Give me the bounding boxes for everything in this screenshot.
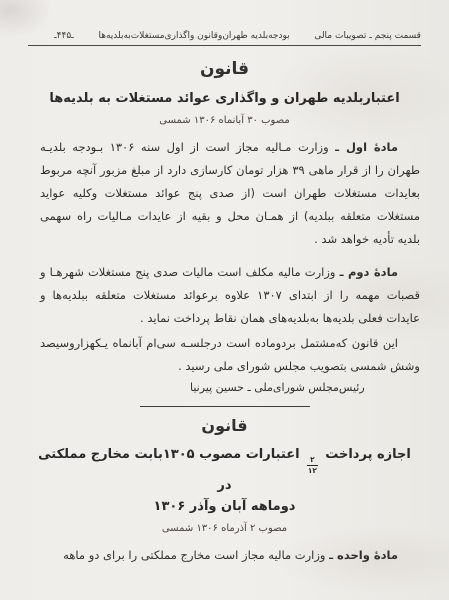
law1-article-2-lead: مادۀ دوم ـ <box>340 265 398 279</box>
law1-approval-date: مصوب ۳۰ آبانماه ۱۳۰۶ شمسی <box>0 115 449 126</box>
law2-title-line2: دوماهه آبان وآذر ۱۳۰۶ <box>154 499 296 514</box>
law1-ratification-note: این قانون که‌مشتمل بردوماده است درجلسـه … <box>40 332 420 378</box>
law1-article-2: مادۀ دوم ـ وزارت مالیه مکلف است مالیات ص… <box>40 261 420 330</box>
document-page: قسمت پنجم ـ تصویبات مالی بودجه‌بلدیه طهر… <box>0 0 449 600</box>
header-chapter-title: بودجه‌بلدیه طهران‌وقانون واگذاری‌مستغلات… <box>98 31 289 41</box>
section-divider <box>140 406 310 407</box>
law2-article-single-text: وزارت مالیه مجاز است مخارج مملکتی را برا… <box>63 548 325 562</box>
law1-title: اعتباربلدیه طهران و واگذاری عوائد مستغلا… <box>30 88 419 109</box>
law2-article-single: مادۀ واحده ـ وزارت مالیه مجاز است مخارج … <box>40 544 420 567</box>
law1-kicker: قانون <box>0 59 449 79</box>
law1-article-1-lead: مادۀ اول ـ <box>335 140 398 154</box>
law1-signature: رئیس‌مجلس شورای‌ملی ـ حسین پیرنیا <box>40 381 420 394</box>
header-page-number: ـ۴۴۵ـ <box>54 31 74 41</box>
law2-title-before-fraction: اجازه پرداخت <box>325 447 411 462</box>
law1-article-1: مادۀ اول ـ وزارت مـالیه مجاز است از اول … <box>40 136 420 251</box>
law2-article-single-lead: مادۀ واحده ـ <box>329 548 398 562</box>
header-rule <box>28 45 421 46</box>
fraction-numerator: ۲ <box>307 456 318 466</box>
law2-approval-date: مصوب ۲ آذرماه ۱۳۰۶ شمسی <box>0 523 449 534</box>
law1-article-1-text: وزارت مـالیه مجاز است از اول سنه ۱۳۰۶ بـ… <box>40 140 420 246</box>
law2-title: اجازه پرداخت ۲ ۱۲ اعتبارات مصوب ۱۳۰۵بابت… <box>30 444 419 517</box>
fraction-two-twelfths: ۲ ۱۲ <box>307 456 318 475</box>
header-section-label: قسمت پنجم ـ تصویبات مالی <box>314 31 421 41</box>
fraction-denominator: ۱۲ <box>308 466 317 475</box>
running-header: قسمت پنجم ـ تصویبات مالی بودجه‌بلدیه طهر… <box>54 31 421 41</box>
law2-title-after-fraction: اعتبارات مصوب ۱۳۰۵بابت مخارج مملکتی در <box>38 447 299 493</box>
law2-kicker: قانون <box>0 416 449 435</box>
